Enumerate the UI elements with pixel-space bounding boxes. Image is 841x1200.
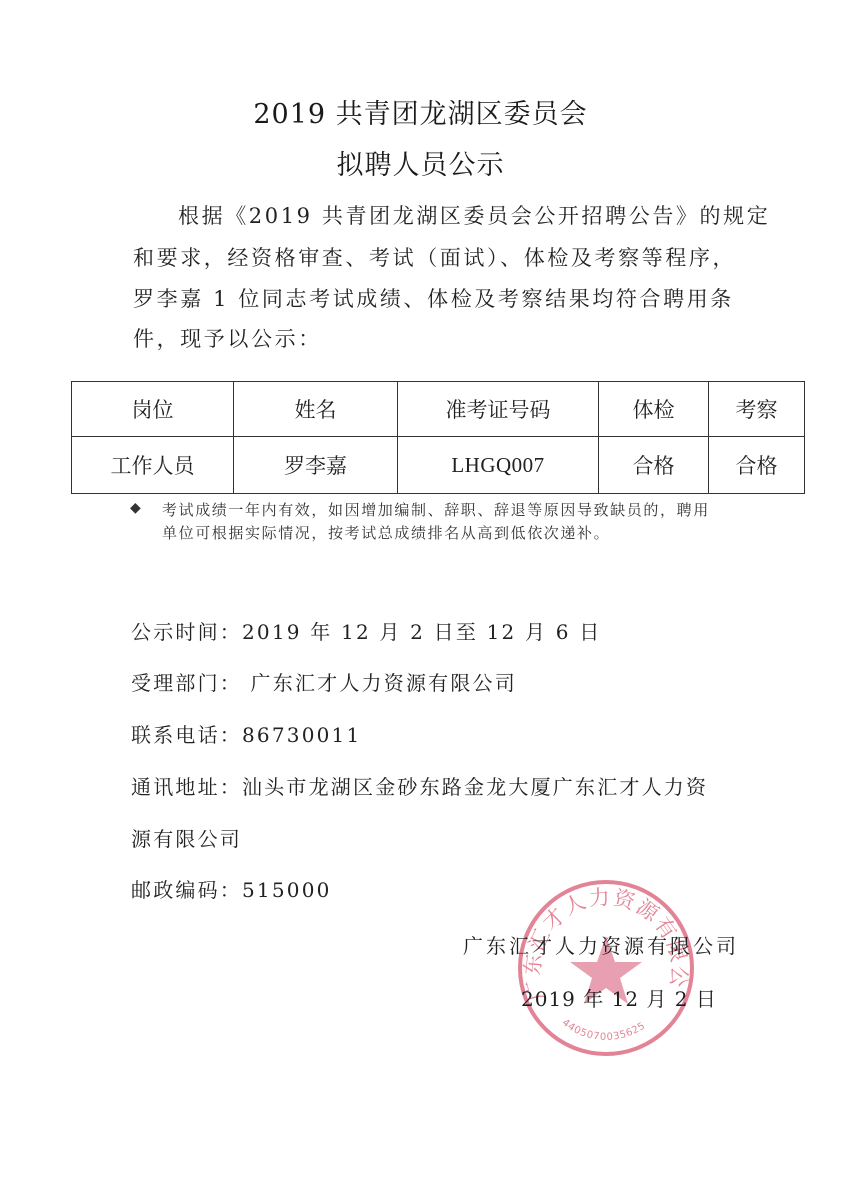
svg-text:4405070035625: 4405070035625	[560, 1017, 648, 1043]
note-bullet-icon: ◆	[130, 500, 142, 516]
title-line-2: 拟聘人员公示	[0, 143, 841, 182]
intro-line-1: 根据《2019 共青团龙湖区委员会公开招聘公告》的规定	[178, 200, 770, 230]
cell-ticket-number: LHGQ007	[398, 437, 599, 494]
header-position: 岗位	[72, 382, 234, 437]
header-name: 姓名	[234, 382, 398, 437]
publicity-period: 公示时间：2019 年 12 月 2 日至 12 月 6 日	[131, 616, 601, 645]
note-line-1: 考试成绩一年内有效，如因增加编制、辞职、辞退等原因导致缺员的，聘用	[162, 499, 710, 520]
note-line-2: 单位可根据实际情况，按考试总成绩排名从高到低依次递补。	[162, 522, 610, 543]
postcode: 邮政编码：515000	[131, 874, 332, 903]
cell-review: 合格	[709, 437, 805, 494]
cell-position: 工作人员	[72, 437, 234, 494]
address-line-1: 通讯地址：汕头市龙湖区金砂东路金龙大厦广东汇才人力资	[131, 771, 708, 800]
address-line-2: 源有限公司	[131, 823, 242, 852]
title-line-1: 2019 共青团龙湖区委员会	[0, 92, 841, 131]
header-medical: 体检	[599, 382, 709, 437]
signature-date: 2019 年 12 月 2 日	[521, 983, 717, 1012]
signature-company: 广东汇才人力资源有限公司	[463, 930, 739, 959]
table-row: 工作人员 罗李嘉 LHGQ007 合格 合格	[72, 437, 805, 494]
header-ticket-number: 准考证号码	[398, 382, 599, 437]
table-header-row: 岗位 姓名 准考证号码 体检 考察	[72, 382, 805, 437]
intro-line-4: 件，现予以公示：	[133, 323, 322, 353]
cell-name: 罗李嘉	[234, 437, 398, 494]
company-seal-icon: 广东汇才人力资源有限公司 4405070035625	[516, 878, 696, 1058]
contact-phone: 联系电话：86730011	[131, 719, 361, 748]
cell-medical: 合格	[599, 437, 709, 494]
intro-line-2: 和要求，经资格审查、考试（面试）、体检及考察等程序，	[133, 242, 736, 272]
intro-line-3: 罗李嘉 1 位同志考试成绩、体检及考察结果均符合聘用条	[133, 283, 734, 313]
header-review: 考察	[709, 382, 805, 437]
handling-department: 受理部门： 广东汇才人力资源有限公司	[131, 667, 517, 696]
result-table: 岗位 姓名 准考证号码 体检 考察 工作人员 罗李嘉 LHGQ007 合格 合格	[71, 381, 805, 494]
